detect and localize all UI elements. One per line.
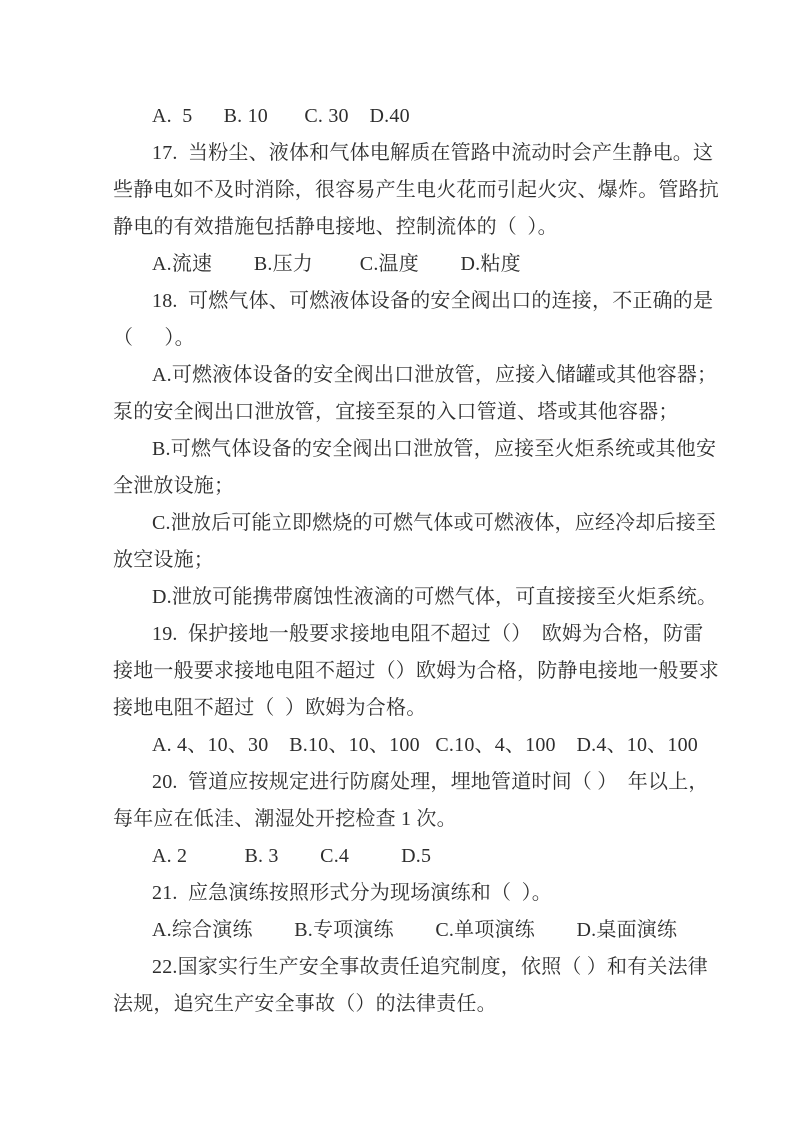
question-paragraph: 17. 当粉尘、液体和气体电解质在管路中流动时会产生静电。这些静电如不及时消除，… bbox=[113, 135, 683, 246]
text-line: 21. 应急演练按照形式分为现场演练和（ ）。 bbox=[113, 875, 683, 912]
text-line: 17. 当粉尘、液体和气体电解质在管路中流动时会产生静电。这 bbox=[113, 135, 683, 172]
text-line: 22.国家实行生产安全事故责任追究制度，依照（ ）和有关法律 bbox=[113, 949, 683, 986]
document-content: A. 5 B. 10 C. 30 D.4017. 当粉尘、液体和气体电解质在管路… bbox=[113, 98, 683, 1023]
text-line: B.可燃气体设备的安全阀出口泄放管，应接至火炬系统或其他安 bbox=[113, 431, 683, 468]
text-line: 每年应在低洼、潮湿处开挖检查 1 次。 bbox=[113, 801, 683, 838]
text-line: 18. 可燃气体、可燃液体设备的安全阀出口的连接，不正确的是 bbox=[113, 283, 683, 320]
text-line: A. 4、10、30 B.10、10、100 C.10、4、100 D.4、10… bbox=[113, 727, 683, 764]
text-line: 19. 保护接地一般要求接地电阻不超过（） 欧姆为合格，防雷 bbox=[113, 616, 683, 653]
text-line: 法规，追究生产安全事故（）的法律责任。 bbox=[113, 986, 683, 1023]
options-row: A. 4、10、30 B.10、10、100 C.10、4、100 D.4、10… bbox=[113, 727, 683, 764]
text-line: 放空设施； bbox=[113, 542, 683, 579]
text-line: A. 2 B. 3 C.4 D.5 bbox=[113, 838, 683, 875]
answer-option-paragraph: C.泄放后可能立即燃烧的可燃气体或可燃液体，应经冷却后接至放空设施； bbox=[113, 505, 683, 579]
options-row: A. 5 B. 10 C. 30 D.40 bbox=[113, 98, 683, 135]
answer-option-paragraph: A.可燃液体设备的安全阀出口泄放管，应接入储罐或其他容器；泵的安全阀出口泄放管，… bbox=[113, 357, 683, 431]
text-line: C.泄放后可能立即燃烧的可燃气体或可燃液体，应经冷却后接至 bbox=[113, 505, 683, 542]
text-line: 全泄放设施； bbox=[113, 468, 683, 505]
text-line: 泵的安全阀出口泄放管，宜接至泵的入口管道、塔或其他容器； bbox=[113, 394, 683, 431]
text-line: A.可燃液体设备的安全阀出口泄放管，应接入储罐或其他容器； bbox=[113, 357, 683, 394]
question-paragraph: 19. 保护接地一般要求接地电阻不超过（） 欧姆为合格，防雷接地一般要求接地电阻… bbox=[113, 616, 683, 727]
options-row: A.综合演练 B.专项演练 C.单项演练 D.桌面演练 bbox=[113, 912, 683, 949]
text-line: 接地电阻不超过（ ）欧姆为合格。 bbox=[113, 690, 683, 727]
document-page: A. 5 B. 10 C. 30 D.4017. 当粉尘、液体和气体电解质在管路… bbox=[0, 0, 793, 1122]
question-paragraph: 20. 管道应按规定进行防腐处理，埋地管道时间（ ） 年以上，每年应在低洼、潮湿… bbox=[113, 764, 683, 838]
text-line: A.流速 B.压力 C.温度 D.粘度 bbox=[113, 246, 683, 283]
question-paragraph: 22.国家实行生产安全事故责任追究制度，依照（ ）和有关法律法规，追究生产安全事… bbox=[113, 949, 683, 1023]
text-line: 些静电如不及时消除，很容易产生电火花而引起火灾、爆炸。管路抗 bbox=[113, 172, 683, 209]
answer-option-paragraph: B.可燃气体设备的安全阀出口泄放管，应接至火炬系统或其他安全泄放设施； bbox=[113, 431, 683, 505]
answer-option-paragraph: D.泄放可能携带腐蚀性液滴的可燃气体，可直接接至火炬系统。 bbox=[113, 579, 683, 616]
question-paragraph: 18. 可燃气体、可燃液体设备的安全阀出口的连接，不正确的是（ ）。 bbox=[113, 283, 683, 357]
text-line: 接地一般要求接地电阻不超过（）欧姆为合格，防静电接地一般要求 bbox=[113, 653, 683, 690]
text-line: A. 5 B. 10 C. 30 D.40 bbox=[113, 98, 683, 135]
text-line: （ ）。 bbox=[113, 320, 683, 357]
text-line: A.综合演练 B.专项演练 C.单项演练 D.桌面演练 bbox=[113, 912, 683, 949]
text-line: 20. 管道应按规定进行防腐处理，埋地管道时间（ ） 年以上， bbox=[113, 764, 683, 801]
text-line: 静电的有效措施包括静电接地、控制流体的（ ）。 bbox=[113, 209, 683, 246]
options-row: A. 2 B. 3 C.4 D.5 bbox=[113, 838, 683, 875]
question-paragraph: 21. 应急演练按照形式分为现场演练和（ ）。 bbox=[113, 875, 683, 912]
text-line: D.泄放可能携带腐蚀性液滴的可燃气体，可直接接至火炬系统。 bbox=[113, 579, 683, 616]
options-row: A.流速 B.压力 C.温度 D.粘度 bbox=[113, 246, 683, 283]
